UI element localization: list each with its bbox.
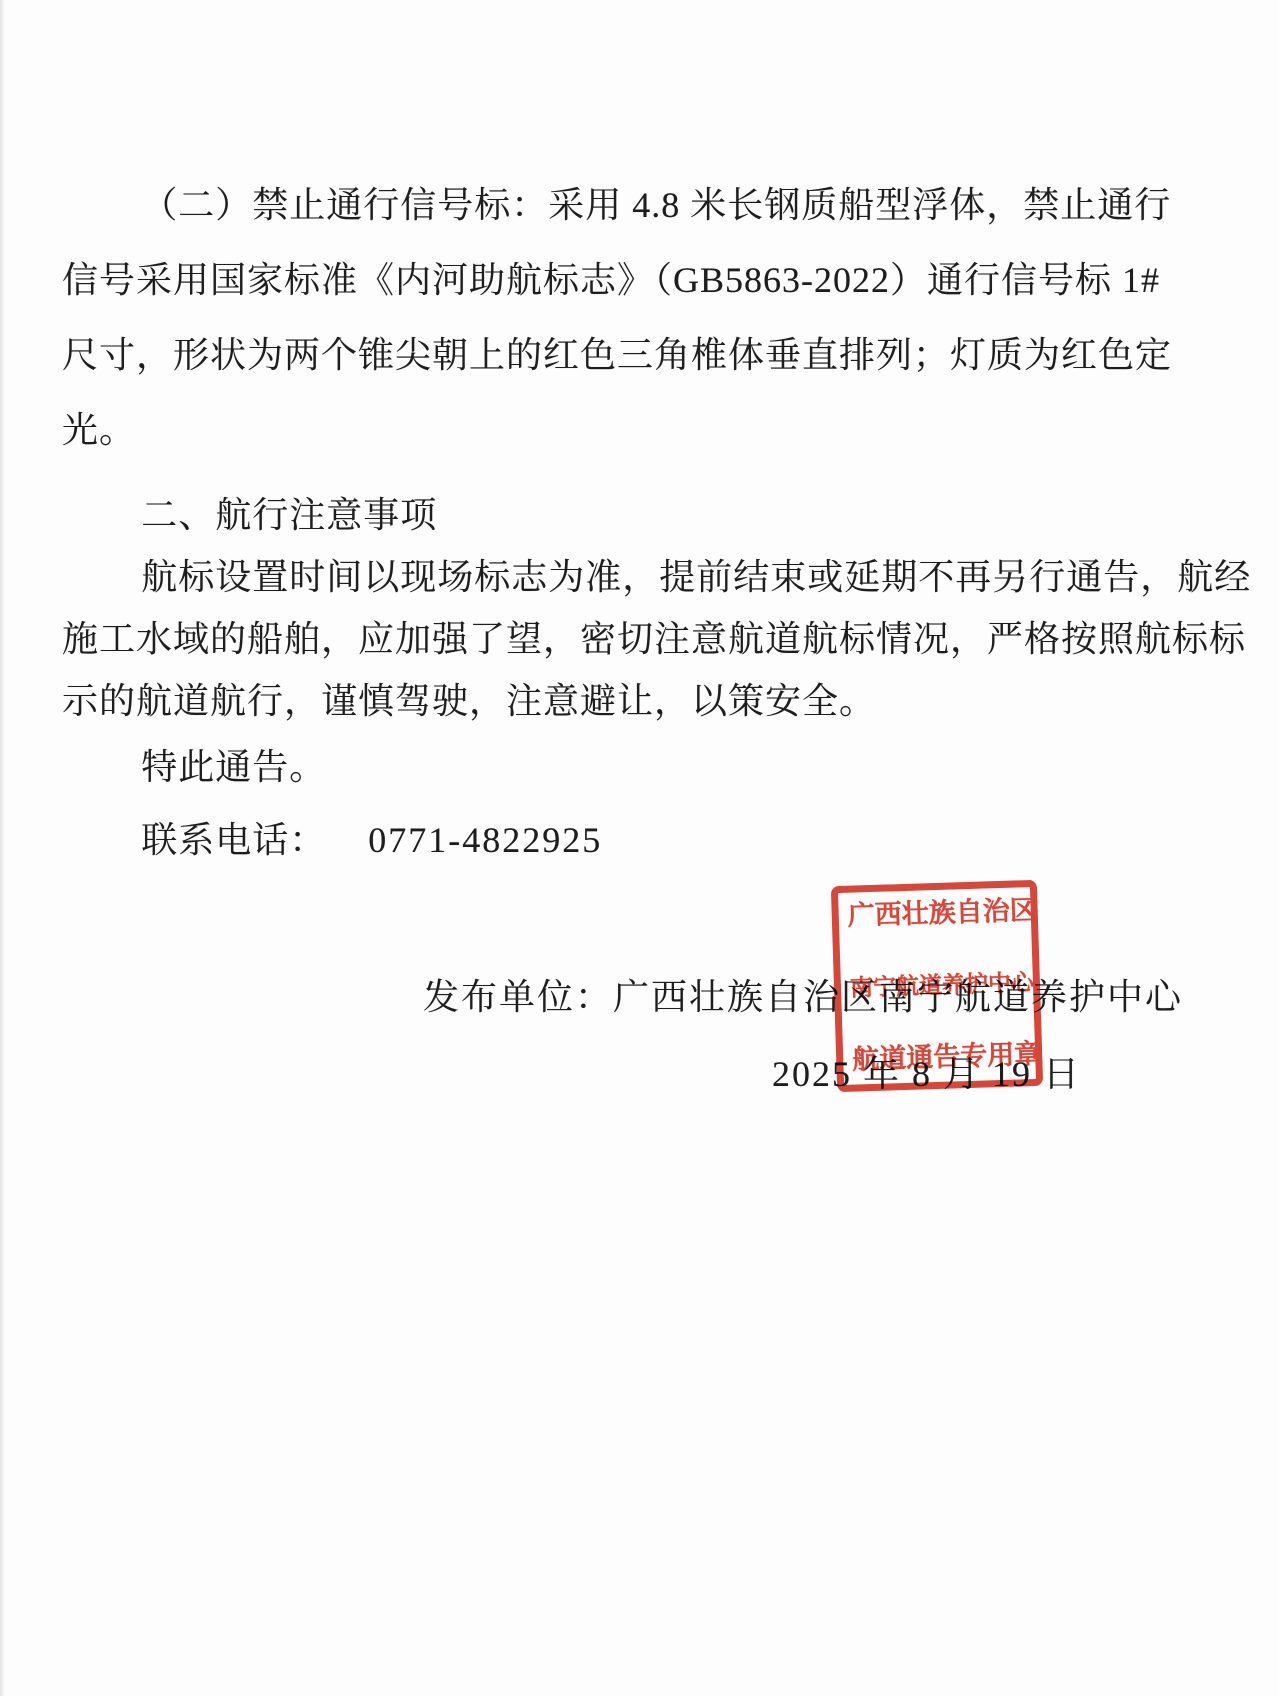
section-heading-navigation-notes: 二、航行注意事项 (62, 484, 437, 546)
text-line: 信号采用国家标准《内河助航标志》（GB5863-2022）通行信号标 1# (62, 243, 1172, 318)
publisher-row: 发布单位：广西壮族自治区南宁航道养护中心 (423, 976, 1183, 1018)
text-line: 光。 (62, 393, 1172, 468)
text-line: 航标设置时间以现场标志为准，提前结束或延期不再另行通告，航经 (62, 546, 1251, 608)
paragraph-prohibition-signal-mark: （二）禁止通行信号标：采用 4.8 米长钢质船型浮体，禁止通行 信号采用国家标准… (62, 168, 1172, 468)
seal-text-unit: 南宁航道养护中心 (850, 971, 1025, 1002)
scan-edge-shadow (0, 0, 5, 1696)
contact-phone-number: 0771-4822925 (368, 820, 602, 860)
text-line: 联系电话：0771-4822925 (62, 809, 602, 871)
text-line: 施工水域的船舶，应加强了望，密切注意航道航标情况，严格按照航标标 (62, 608, 1251, 670)
text-line: 尺寸，形状为两个锥尖朝上的红色三角椎体垂直排列；灯质为红色定 (62, 318, 1172, 393)
contact-phone-row: 联系电话：0771-4822925 (62, 809, 602, 871)
seal-text-region: 广西壮族自治区 (847, 896, 1022, 931)
heading-text: 二、航行注意事项 (62, 484, 437, 546)
contact-phone-label: 联系电话： (141, 820, 326, 860)
publisher-label: 发布单位： (423, 977, 613, 1017)
paragraph-navigation-notes: 航标设置时间以现场标志为准，提前结束或延期不再另行通告，航经 施工水域的船舶，应… (62, 546, 1251, 732)
seal-text-purpose: 航道通告专用章 (852, 1041, 1027, 1076)
notice-document-page: （二）禁止通行信号标：采用 4.8 米长钢质船型浮体，禁止通行 信号采用国家标准… (0, 0, 1279, 1696)
official-red-seal: 广西壮族自治区 南宁航道养护中心 航道通告专用章 (831, 880, 1043, 1092)
closing-statement: 特此通告。 (62, 736, 326, 798)
text-line: 示的航道航行，谨慎驾驶，注意避让，以策安全。 (62, 670, 1251, 732)
text-line: （二）禁止通行信号标：采用 4.8 米长钢质船型浮体，禁止通行 (62, 168, 1172, 243)
text-line: 特此通告。 (62, 736, 326, 798)
